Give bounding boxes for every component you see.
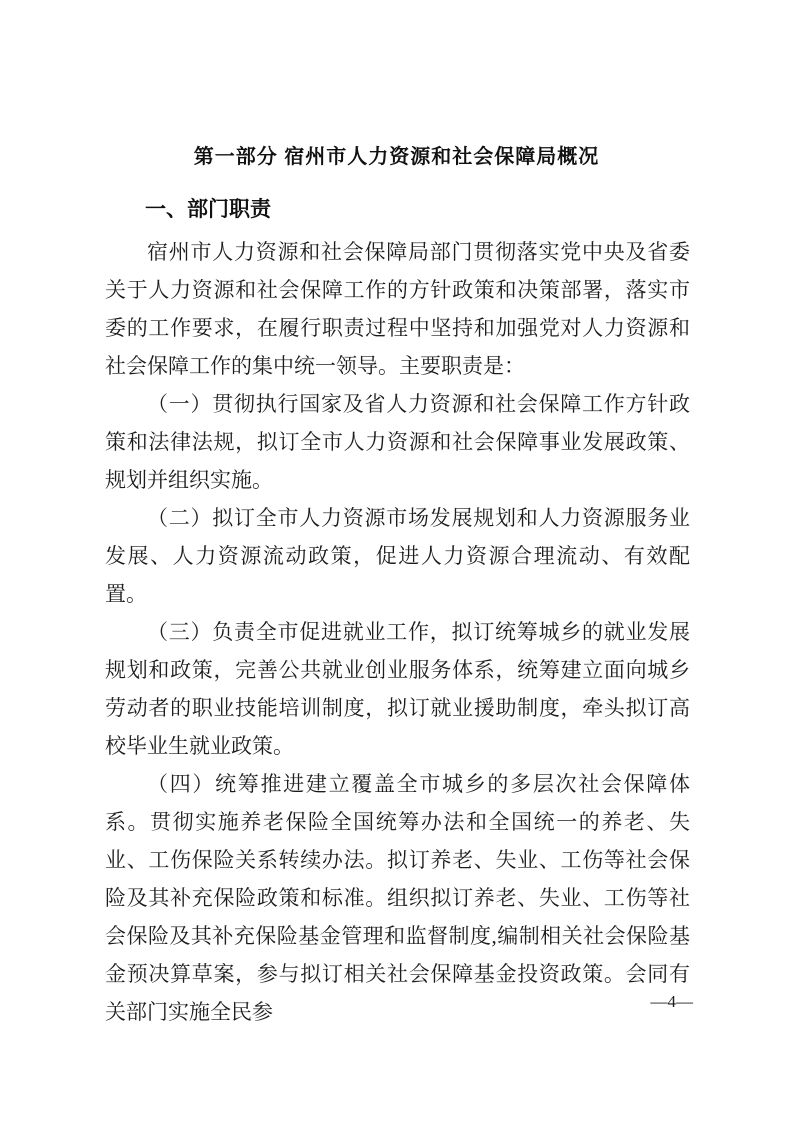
section-heading: 一、部门职责 [145, 196, 793, 223]
body-paragraph: （一）贯彻执行国家及省人力资源和社会保障工作方针政策和法律法规，拟订全市人力资源… [105, 385, 690, 499]
document-page: 第一部分 宿州市人力资源和社会保障局概况 一、部门职责 宿州市人力资源和社会保障… [0, 0, 793, 1122]
body-paragraph: 宿州市人力资源和社会保障局部门贯彻落实党中央及省委关于人力资源和社会保障工作的方… [105, 233, 690, 385]
document-body: 宿州市人力资源和社会保障局部门贯彻落实党中央及省委关于人力资源和社会保障工作的方… [105, 233, 690, 1031]
body-paragraph: （二）拟订全市人力资源市场发展规划和人力资源服务业发展、人力资源流动政策，促进人… [105, 499, 690, 613]
page-title: 第一部分 宿州市人力资源和社会保障局概况 [0, 0, 793, 170]
body-paragraph: （三）负责全市促进就业工作，拟订统筹城乡的就业发展规划和政策，完善公共就业创业服… [105, 613, 690, 765]
page-number: —4— [651, 992, 694, 1012]
body-paragraph: （四）统筹推进建立覆盖全市城乡的多层次社会保障体系。贯彻实施养老保险全国统筹办法… [105, 765, 690, 1031]
